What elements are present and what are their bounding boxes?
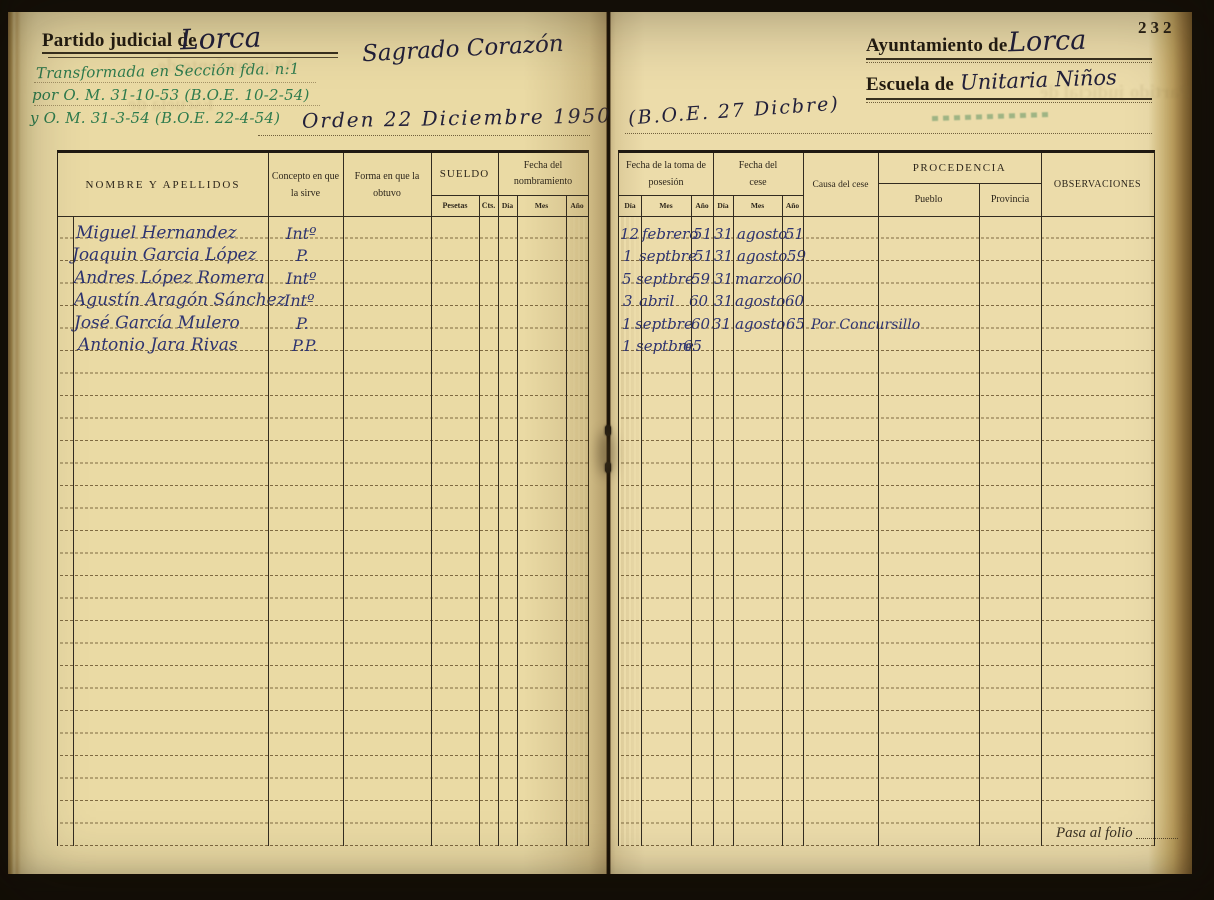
dotted-rule: [866, 102, 1152, 103]
col-header-dia: Día: [619, 195, 641, 216]
table-line: [878, 183, 1041, 184]
rule-line: [42, 52, 338, 54]
left-register-table: NOMBRE Y APELLIDOS Concepto en que la si…: [57, 150, 589, 846]
col-header-concepto: Concepto en que la sirve: [270, 153, 341, 216]
table-row: Andres López Romera Intº: [58, 263, 588, 286]
table-line: [691, 195, 692, 846]
left-page: Ayuntamiento de Escuela de Partido judic…: [8, 12, 607, 874]
school-title-handwritten: Sagrado Corazón: [361, 31, 564, 68]
col-header-mes: Mes: [517, 195, 566, 216]
table-line: [566, 195, 567, 846]
pasa-al-folio-note: Pasa al folio: [1056, 825, 1178, 842]
row-name: José García Mulero: [74, 313, 240, 333]
rule-line: [866, 58, 1152, 60]
right-page: 232 Partido judicial de Ayuntamiento de …: [610, 12, 1192, 874]
rule-line: [48, 57, 338, 58]
table-line: [73, 216, 74, 846]
pos-dia: 1: [622, 337, 632, 355]
page-number: 232: [1138, 18, 1176, 38]
table-line: [343, 153, 344, 846]
table-line: [1041, 153, 1042, 846]
table-line: [58, 216, 588, 217]
col-header-cese: Fecha del cese: [713, 153, 803, 195]
col-header-procedencia: PROCEDENCIA: [878, 153, 1041, 183]
col-header-forma: Forma en que la obtuvo: [345, 153, 429, 216]
rule-line: [866, 98, 1152, 100]
col-header-dia: Día: [498, 195, 517, 216]
dotted-leader: [1136, 837, 1178, 839]
row-name: Miguel Hernandez: [76, 223, 237, 243]
col-header-cts: Cts.: [479, 195, 498, 216]
table-line: [619, 216, 1154, 217]
table-line: [782, 195, 783, 846]
table-row: 1 septbre 65: [619, 331, 1154, 354]
table-row: Antonio Jara Rivas P.P.: [58, 331, 588, 354]
row-concepto: P.P.: [292, 336, 317, 355]
col-header-sueldo: SUELDO: [431, 153, 498, 195]
col-header-ano: Año: [691, 195, 713, 216]
table-line: [641, 195, 642, 846]
table-line: [619, 195, 713, 196]
right-register-table: Fecha de la toma de posesión Fecha del c…: [618, 150, 1155, 846]
row-name: Andres López Romera: [74, 268, 265, 288]
row-name: Antonio Jara Rivas: [78, 335, 238, 355]
table-row: 1 septbre 60 31 agosto 65 Por Concursill…: [619, 308, 1154, 331]
table-row: 3 abril 60 31 agosto 60: [619, 286, 1154, 309]
col-header-causa: Causa del cese: [803, 153, 878, 216]
col-header-nombre: NOMBRE Y APELLIDOS: [58, 153, 268, 216]
row-name: Joaquin Garcia López: [72, 245, 257, 265]
annotation-line: Transformada en Sección fda. n:1: [36, 60, 300, 83]
table-row: José García Mulero P.: [58, 308, 588, 331]
table-line: [733, 195, 734, 846]
order-note: Orden 22 Diciembre 1950: [302, 103, 612, 132]
escuela-label: Escuela de: [866, 74, 954, 96]
table-line: [713, 195, 803, 196]
table-line: [498, 195, 588, 196]
pasa-al-folio-label: Pasa al folio: [1056, 825, 1133, 842]
col-header-dia: Día: [713, 195, 733, 216]
table-line: [431, 195, 498, 196]
table-line: [268, 153, 269, 846]
table-line: [517, 195, 518, 846]
table-row: 12 febrero 51 31 agosto 51: [619, 218, 1154, 241]
col-header-toma-posesion: Fecha de la toma de posesión: [619, 153, 713, 195]
partido-judicial-label: Partido judicial de: [42, 30, 197, 52]
table-line: [479, 195, 480, 846]
dotted-rule: [625, 133, 1152, 134]
table-row: Agustín Aragón Sánchez Intº: [58, 286, 588, 309]
table-line: [979, 183, 980, 846]
annotation-line: por O. M. 31-10-53 (B.O.E. 10-2-54): [32, 86, 310, 104]
col-header-pesetas: Pesetas: [431, 195, 479, 216]
table-row: 5 septbre 59 31 marzo 60: [619, 263, 1154, 286]
dotted-rule: [866, 62, 1152, 63]
col-header-mes: Mes: [733, 195, 782, 216]
table-row: 1 septbre 51 31 agosto 59: [619, 241, 1154, 264]
ledger-book-spread: Ayuntamiento de Escuela de Partido judic…: [0, 0, 1214, 900]
binding-smudge: [598, 430, 614, 476]
col-header-provincia: Provincia: [979, 183, 1041, 216]
col-header-fecha-nombramiento: Fecha del nombramiento: [498, 153, 588, 195]
col-header-pueblo: Pueblo: [878, 183, 979, 216]
table-line: [803, 153, 804, 846]
table-row: Joaquin Garcia López P.: [58, 241, 588, 264]
dotted-rule: [34, 105, 320, 106]
pos-ano: 65: [683, 337, 702, 355]
table-row: Miguel Hernandez Intº: [58, 218, 588, 241]
ayuntamiento-label: Ayuntamiento de: [866, 35, 1007, 57]
row-name: Agustín Aragón Sánchez: [74, 290, 286, 310]
table-line: [878, 153, 879, 846]
dotted-rule: [34, 82, 316, 83]
table-line: [713, 153, 714, 846]
col-header-mes: Mes: [641, 195, 691, 216]
col-header-ano: Año: [782, 195, 803, 216]
boe-note: (B.O.E. 27 Dicbre): [627, 93, 840, 130]
green-scribble: [932, 112, 1052, 121]
table-line: [498, 153, 499, 846]
annotation-line: y O. M. 31-3-54 (B.O.E. 22-4-54): [30, 109, 280, 127]
ayuntamiento-value: Lorca: [1007, 25, 1086, 59]
col-header-observaciones: OBSERVACIONES: [1041, 153, 1154, 216]
dotted-rule: [258, 135, 590, 136]
table-line: [431, 153, 432, 846]
col-header-ano: Año: [566, 195, 588, 216]
